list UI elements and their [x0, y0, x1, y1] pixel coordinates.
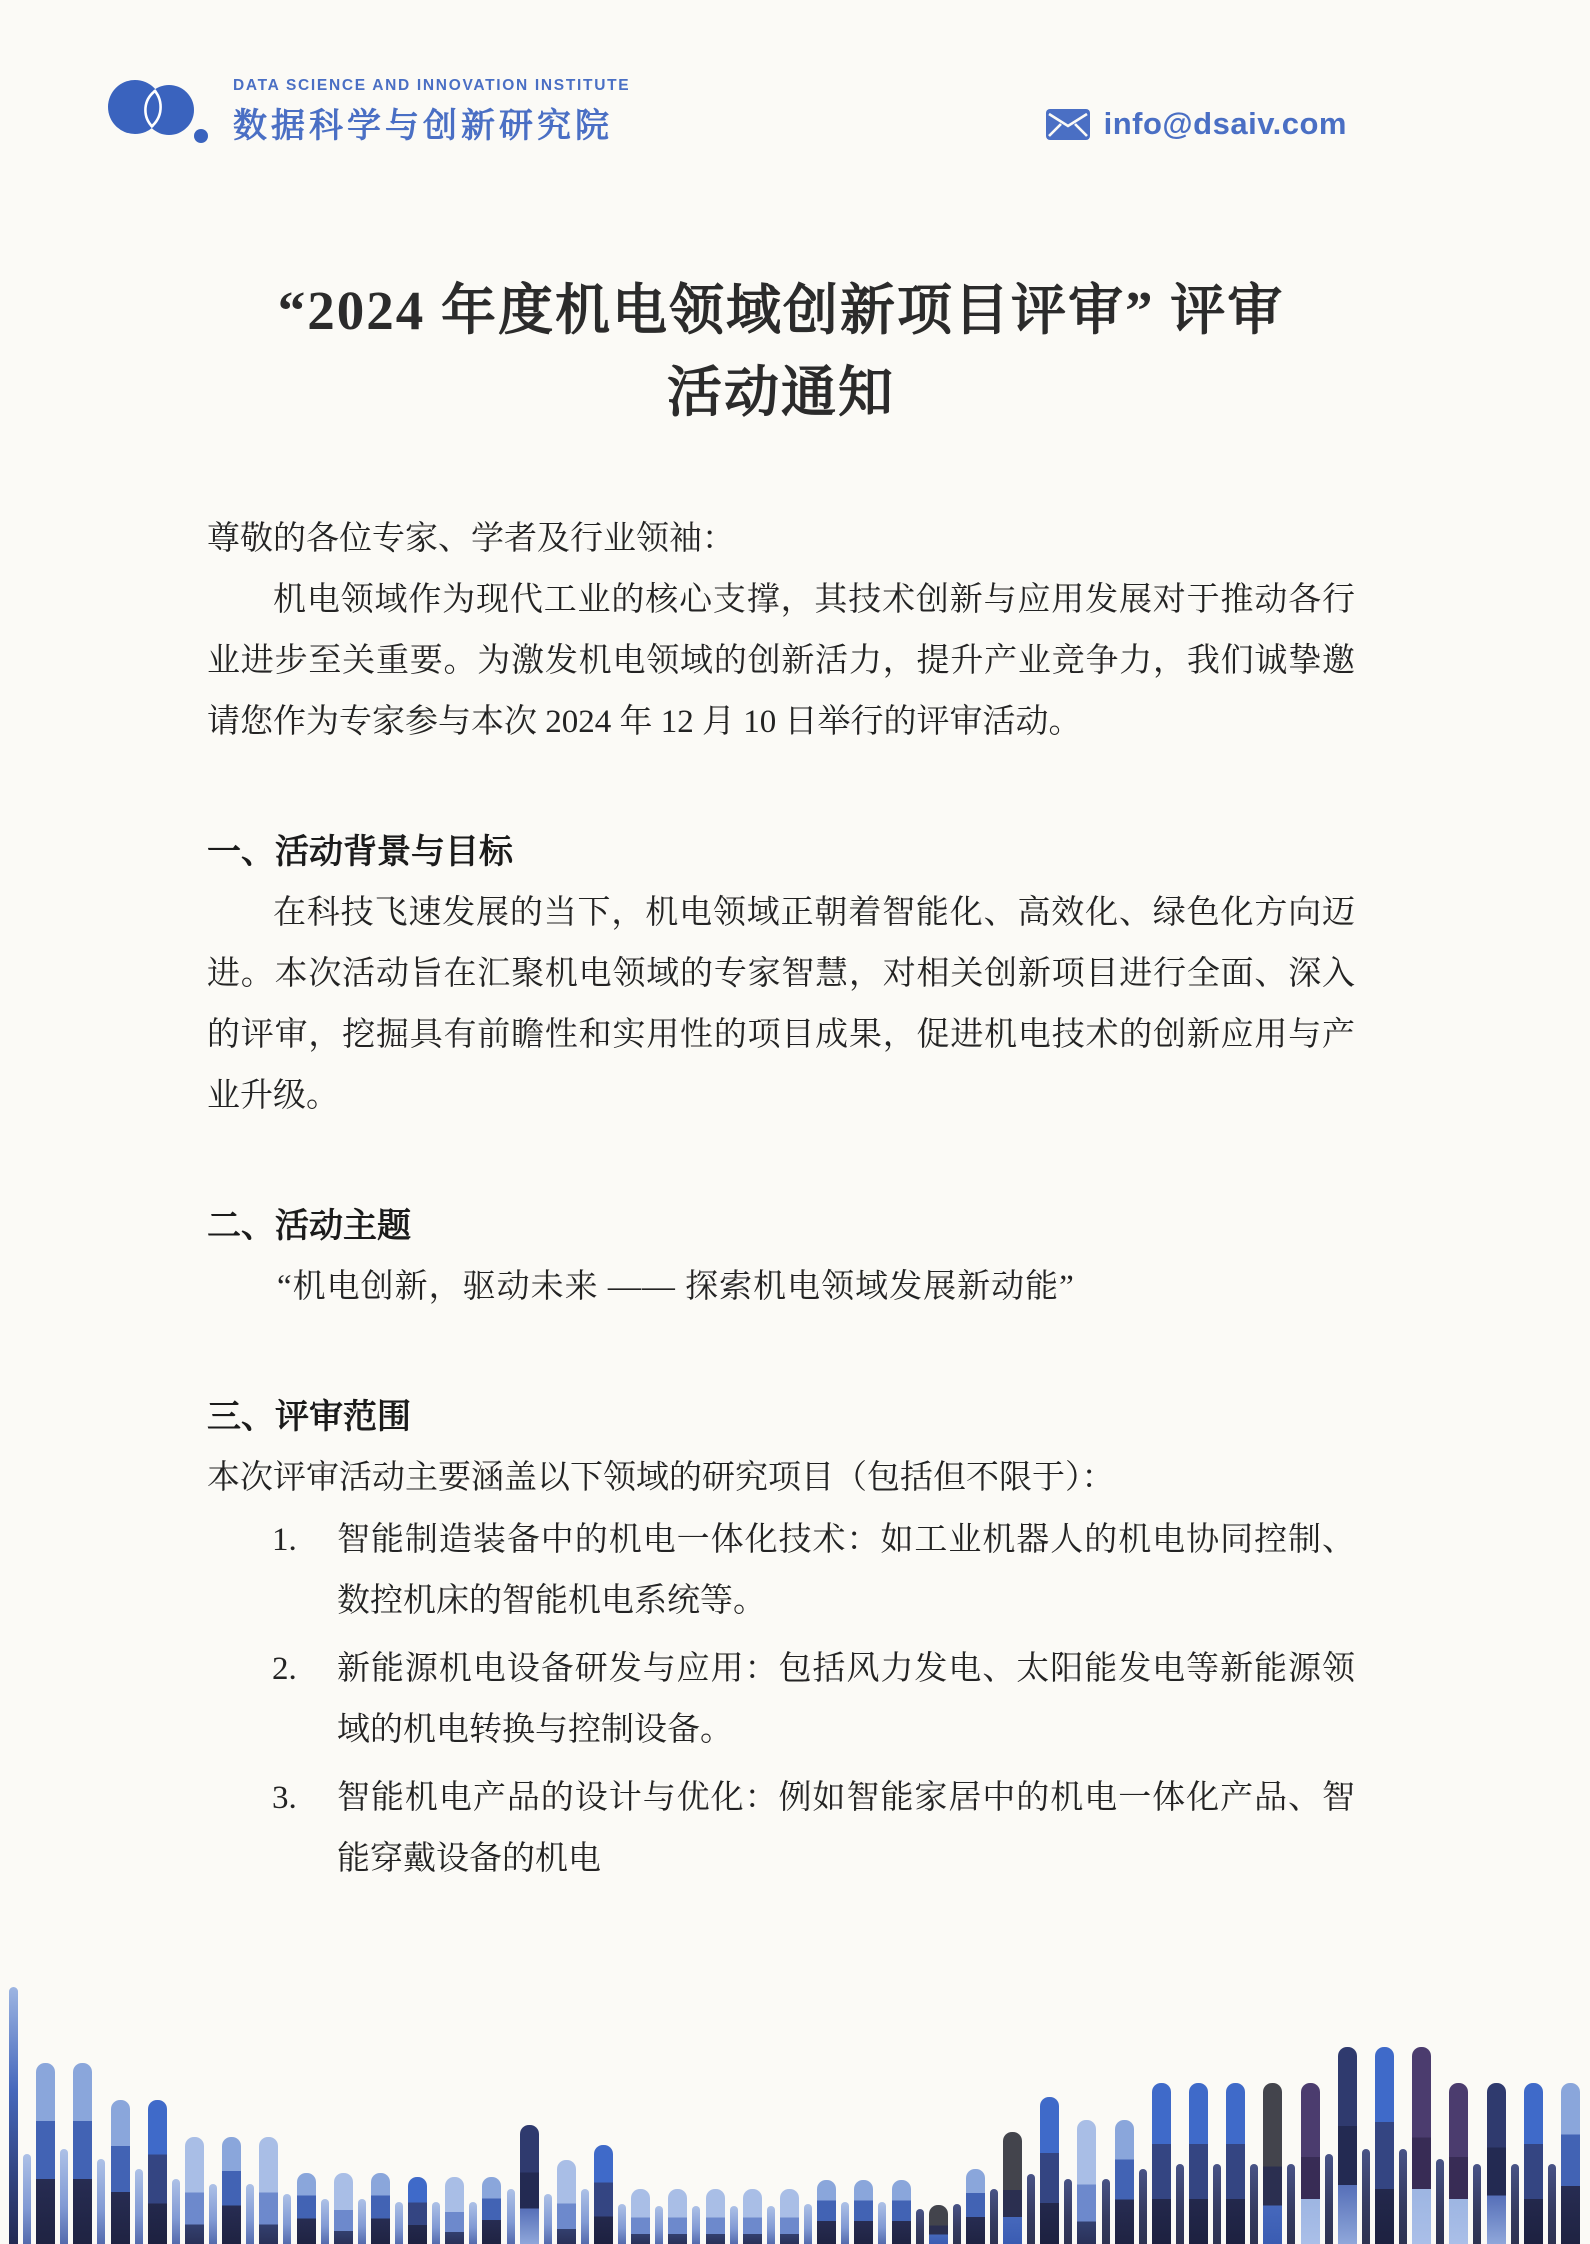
- list-item-text: 新能源机电设备研发与应用：包括风力发电、太阳能发电等新能源领域的机电转换与控制设…: [337, 1639, 1355, 1761]
- decoration-bar: [1176, 2164, 1184, 2244]
- decoration-bar: [730, 2206, 738, 2244]
- decoration-bar: [743, 2189, 762, 2244]
- decoration-bar: [1375, 2047, 1394, 2244]
- decoration-bar: [1213, 2164, 1221, 2244]
- decoration-bar: [966, 2169, 985, 2244]
- decoration-bar: [841, 2202, 849, 2244]
- decoration-bar: [1003, 2132, 1022, 2244]
- decoration-bar: [185, 2137, 204, 2244]
- decoration-bar: [854, 2180, 873, 2244]
- section-heading-3: 三、评审范围: [207, 1387, 1355, 1448]
- logo-block: DATA SCIENCE AND INNOVATION INSTITUTE 数据…: [103, 74, 630, 150]
- decoration-bar: [209, 2184, 217, 2244]
- document-page: DATA SCIENCE AND INNOVATION INSTITUTE 数据…: [0, 0, 1590, 2244]
- decoration-bar: [9, 1987, 18, 2244]
- decoration-bar: [1412, 2047, 1431, 2244]
- decoration-bar: [1027, 2174, 1035, 2244]
- contact-block: info@dsaiv.com: [1046, 106, 1347, 150]
- list-item-text: 智能机电产品的设计与优化：例如智能家居中的机电一体化产品、智能穿戴设备的机电: [337, 1768, 1355, 1890]
- document-title: “2024 年度机电领域创新项目评审” 评审 活动通知: [207, 270, 1355, 434]
- decoration-bar: [1473, 2164, 1481, 2244]
- org-name-block: DATA SCIENCE AND INNOVATION INSTITUTE 数据…: [233, 77, 630, 147]
- decoration-bar: [916, 2209, 924, 2244]
- decoration-bar: [655, 2206, 663, 2244]
- decoration-bar: [507, 2189, 515, 2244]
- decoration-bar: [618, 2204, 626, 2244]
- decoration-bar: [1263, 2083, 1282, 2244]
- decoration-bar: [817, 2180, 836, 2244]
- decoration-bar: [246, 2184, 254, 2244]
- decoration-bar: [892, 2180, 911, 2244]
- list-item: 2. 新能源机电设备研发与应用：包括风力发电、太阳能发电等新能源领域的机电转换与…: [272, 1639, 1355, 1761]
- decoration-bar: [1338, 2047, 1357, 2244]
- decoration-bar: [1436, 2159, 1444, 2244]
- decoration-bar: [668, 2189, 687, 2244]
- decoration-bar: [482, 2177, 501, 2244]
- decoration-bar: [135, 2169, 143, 2244]
- review-scope-list: 1. 智能制造装备中的机电一体化技术：如工业机器人的机电协同控制、数控机床的智能…: [272, 1510, 1355, 1890]
- list-item-number: 2.: [272, 1639, 337, 1761]
- theme-quote: “机电创新，驱动未来 —— 探索机电领域发展新动能”: [207, 1257, 1355, 1318]
- document-body: “2024 年度机电领域创新项目评审” 评审 活动通知 尊敬的各位专家、学者及行…: [0, 270, 1590, 1890]
- decoration-bar: [469, 2202, 477, 2244]
- decoration-bar: [1152, 2083, 1171, 2244]
- section-scope: 三、评审范围 本次评审活动主要涵盖以下领域的研究项目（包括但不限于）： 1. 智…: [207, 1387, 1355, 1890]
- list-item: 3. 智能机电产品的设计与优化：例如智能家居中的机电一体化产品、智能穿戴设备的机…: [272, 1768, 1355, 1890]
- decoration-bar: [1325, 2154, 1333, 2244]
- decoration-bar: [1102, 2179, 1110, 2244]
- list-item: 1. 智能制造装备中的机电一体化技术：如工业机器人的机电协同控制、数控机床的智能…: [272, 1510, 1355, 1632]
- decoration-bar: [1548, 2164, 1556, 2244]
- decoration-bar: [706, 2189, 725, 2244]
- section-theme: 二、活动主题 “机电创新，驱动未来 —— 探索机电领域发展新动能”: [207, 1196, 1355, 1318]
- decoration-bar: [631, 2189, 650, 2244]
- title-line-2: 活动通知: [207, 352, 1355, 434]
- decoration-bar: [334, 2173, 353, 2244]
- decoration-bar: [1487, 2083, 1506, 2244]
- decoration-bar: [283, 2194, 291, 2244]
- decoration-bar: [767, 2206, 775, 2244]
- org-name-zh: 数据科学与创新研究院: [233, 98, 630, 147]
- decoration-bar: [594, 2145, 613, 2244]
- decoration-bar: [1524, 2083, 1543, 2244]
- decoration-bar: [1115, 2120, 1134, 2244]
- decoration-bar: [780, 2189, 799, 2244]
- decoration-bar: [1250, 2164, 1258, 2244]
- letterhead: DATA SCIENCE AND INNOVATION INSTITUTE 数据…: [0, 0, 1590, 150]
- decoration-bar: [1077, 2120, 1096, 2244]
- decoration-bar: [148, 2100, 167, 2244]
- section-paragraph-1: 在科技飞速发展的当下，机电领域正朝着智能化、高效化、绿色化方向迈进。本次活动旨在…: [207, 883, 1355, 1127]
- decoration-bar: [520, 2125, 539, 2244]
- scope-lead: 本次评审活动主要涵盖以下领域的研究项目（包括但不限于）：: [207, 1448, 1355, 1509]
- salutation: 尊敬的各位专家、学者及行业领袖：: [207, 509, 1355, 570]
- decoration-bar: [445, 2177, 464, 2244]
- decoration-bar: [581, 2189, 589, 2244]
- decoration-bar: [60, 2149, 68, 2244]
- section-heading-1: 一、活动背景与目标: [207, 822, 1355, 883]
- decoration-bar: [1511, 2164, 1519, 2244]
- decoration-bar: [1287, 2164, 1295, 2244]
- decoration-bar: [97, 2159, 105, 2244]
- decoration-bar: [1399, 2149, 1407, 2244]
- decoration-bar: [1064, 2179, 1072, 2244]
- decoration-bar: [222, 2137, 241, 2244]
- email-address: info@dsaiv.com: [1104, 106, 1347, 142]
- decoration-band: [0, 1984, 1590, 2244]
- decoration-bar: [929, 2205, 948, 2244]
- decoration-bar: [1362, 2149, 1370, 2244]
- decoration-bar: [358, 2199, 366, 2244]
- decoration-bar: [36, 2063, 55, 2244]
- decoration-bar: [953, 2204, 961, 2244]
- decoration-bar: [321, 2199, 329, 2244]
- decoration-bar: [172, 2179, 180, 2244]
- list-item-text: 智能制造装备中的机电一体化技术：如工业机器人的机电协同控制、数控机床的智能机电系…: [337, 1510, 1355, 1632]
- decoration-bar: [1561, 2083, 1580, 2244]
- decoration-bar: [804, 2204, 812, 2244]
- decoration-bar: [395, 2202, 403, 2244]
- decoration-bar: [557, 2160, 576, 2244]
- list-item-number: 1.: [272, 1510, 337, 1632]
- decoration-bar: [1139, 2169, 1147, 2244]
- org-name-en: DATA SCIENCE AND INNOVATION INSTITUTE: [233, 77, 630, 95]
- section-background: 一、活动背景与目标 在科技飞速发展的当下，机电领域正朝着智能化、高效化、绿色化方…: [207, 822, 1355, 1127]
- decoration-bar: [23, 2154, 31, 2244]
- title-line-1: “2024 年度机电领域创新项目评审” 评审: [207, 270, 1355, 352]
- decoration-bar: [544, 2194, 552, 2244]
- decoration-bar: [878, 2202, 886, 2244]
- decoration-bar: [408, 2177, 427, 2244]
- decoration-bar: [692, 2206, 700, 2244]
- decoration-bar: [1040, 2097, 1059, 2244]
- decoration-bar: [1189, 2083, 1208, 2244]
- list-item-number: 3.: [272, 1768, 337, 1890]
- decoration-bar: [259, 2137, 278, 2244]
- decoration-bar: [297, 2173, 316, 2244]
- decoration-bar: [1301, 2083, 1320, 2244]
- decoration-bar: [432, 2202, 440, 2244]
- intro-paragraph: 机电领域作为现代工业的核心支撑，其技术创新与应用发展对于推动各行业进步至关重要。…: [207, 570, 1355, 753]
- decoration-bar: [111, 2100, 130, 2244]
- decoration-bar: [371, 2173, 390, 2244]
- institute-logo-icon: [103, 74, 223, 150]
- email-icon: [1046, 109, 1090, 140]
- decoration-bar: [990, 2189, 998, 2244]
- section-heading-2: 二、活动主题: [207, 1196, 1355, 1257]
- decoration-bar: [1449, 2083, 1468, 2244]
- decoration-bar: [73, 2063, 92, 2244]
- decoration-bar: [1226, 2083, 1245, 2244]
